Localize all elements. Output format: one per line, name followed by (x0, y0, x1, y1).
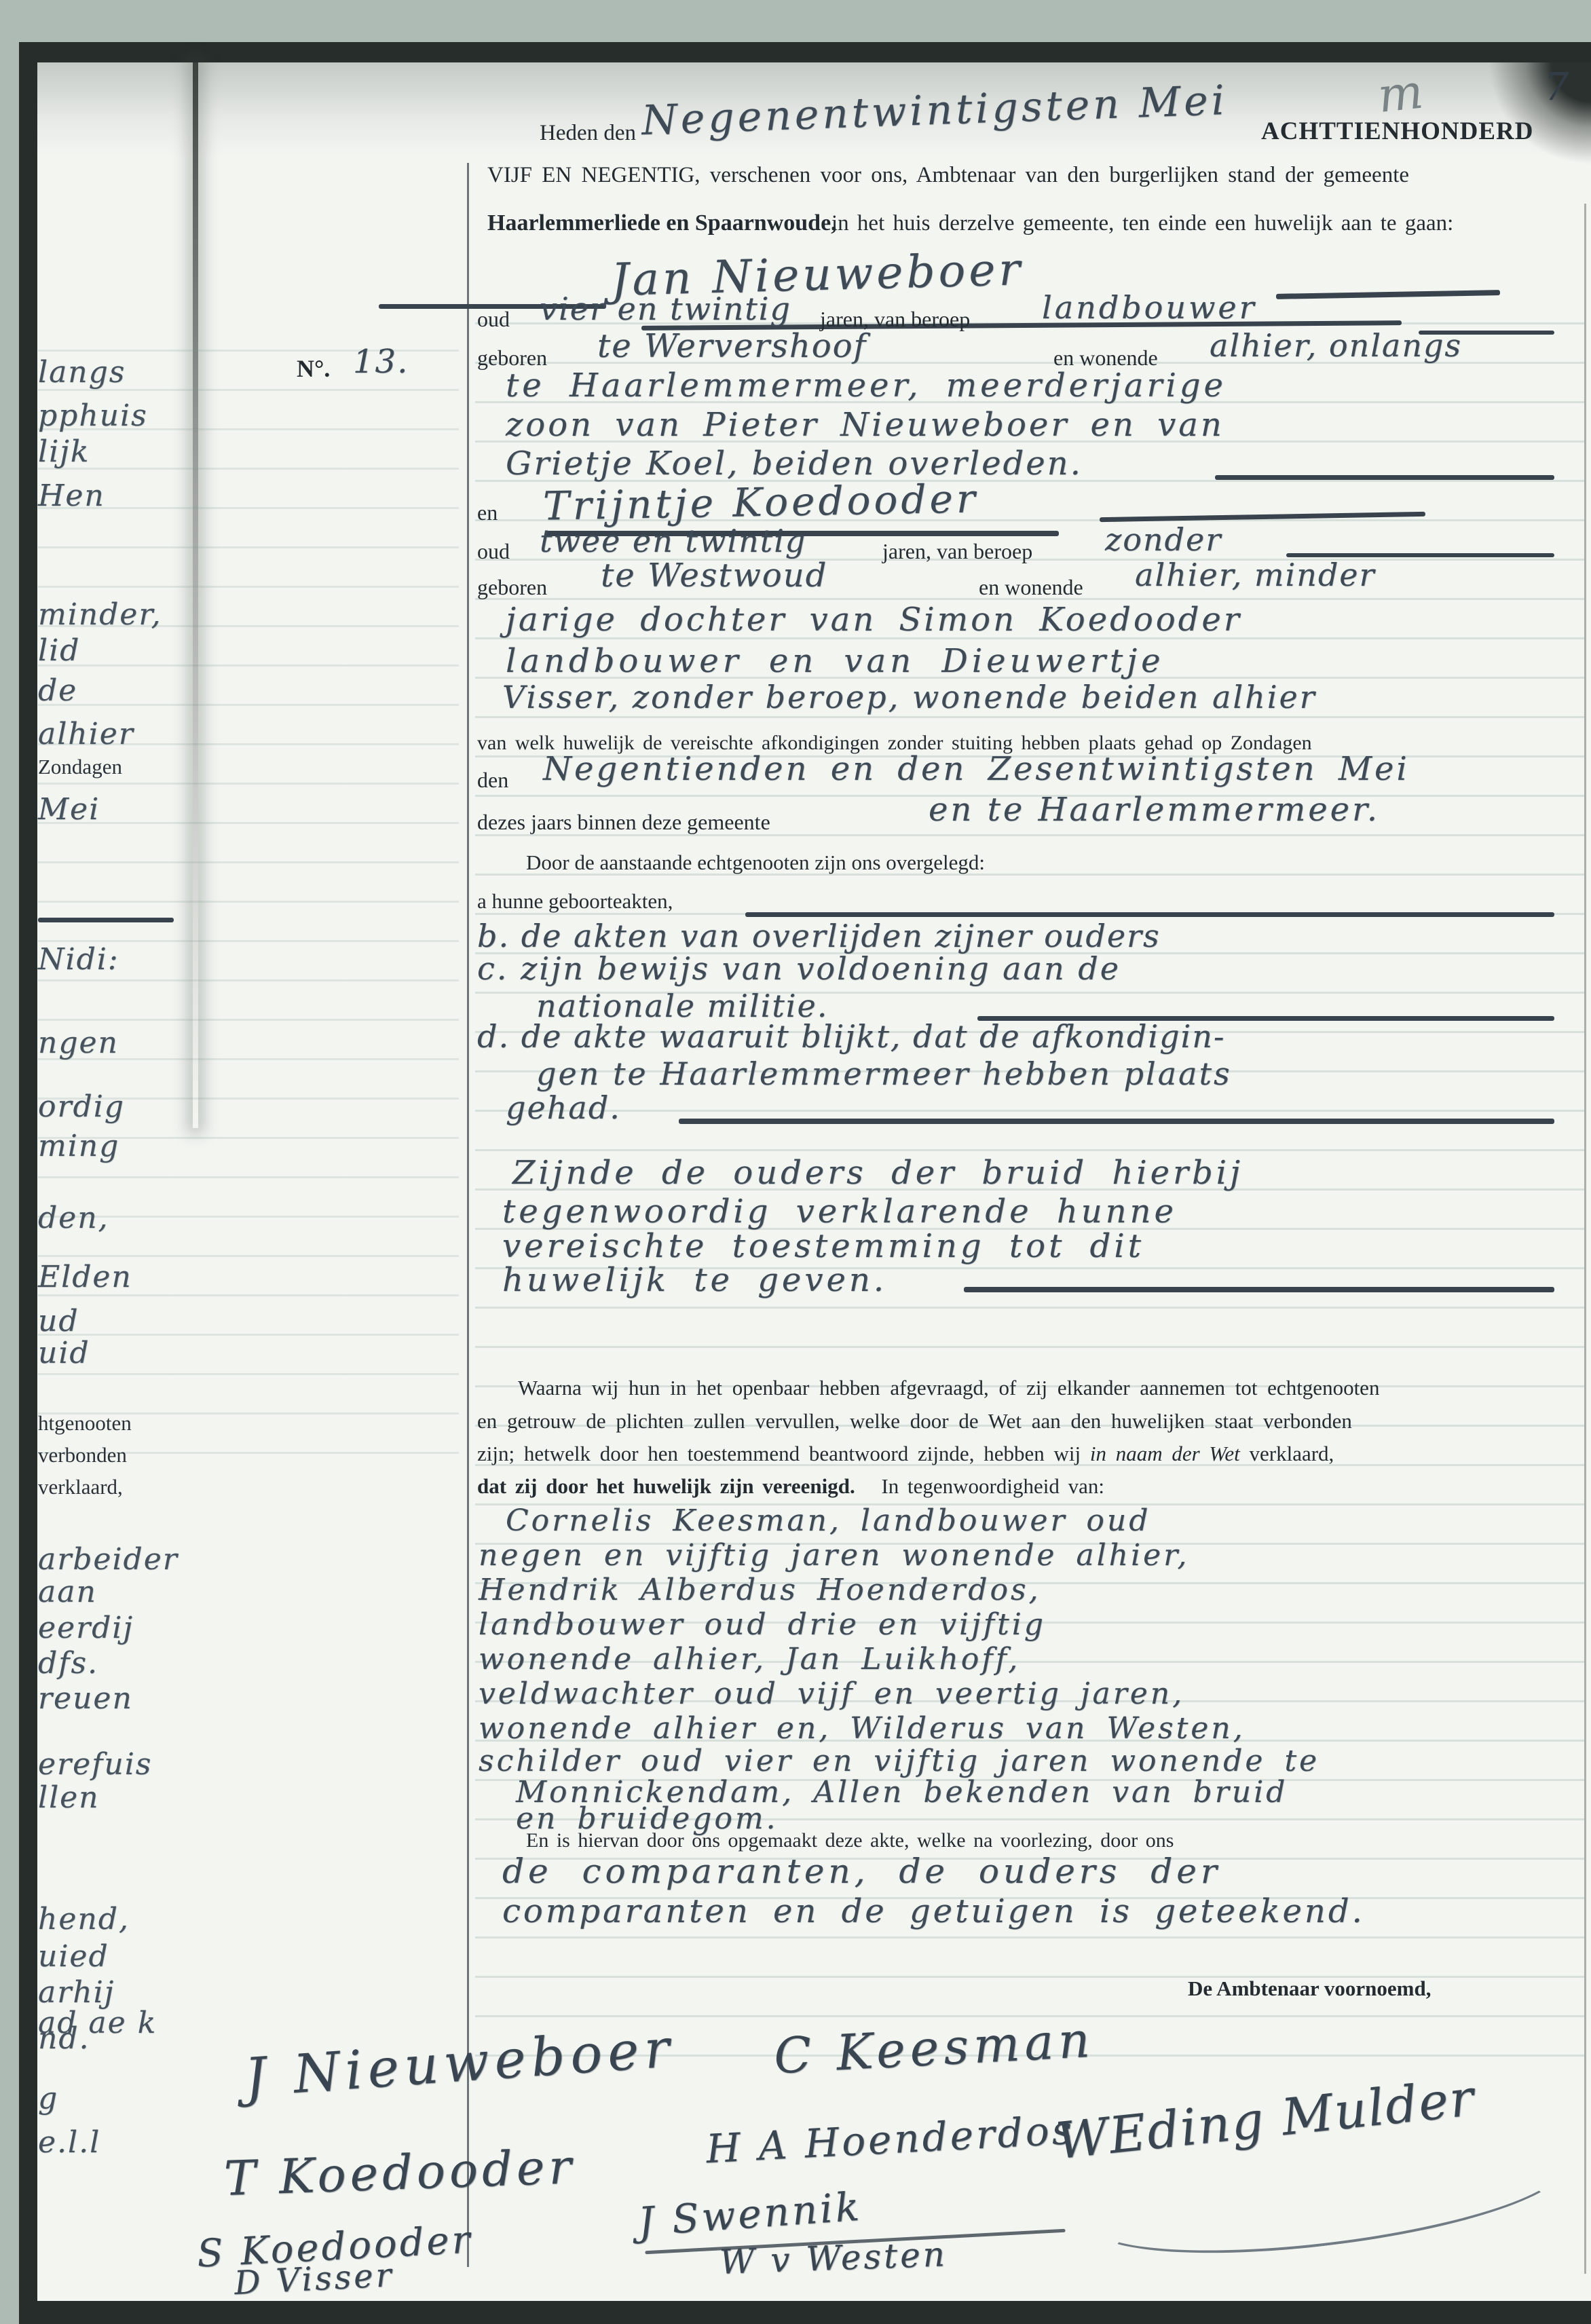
declaration-line3: zijn; hetwelk door hen toestemmend beant… (477, 1442, 1334, 1466)
documents-item-a: a hunne geboorteakten, (477, 889, 673, 914)
header-heden: Heden den (540, 121, 636, 146)
documents-item-d3: gehad. (506, 1089, 621, 1126)
consent-line: Zijnde de ouders der bruid hierbij (512, 1154, 1243, 1192)
margin-fragment: Zondagen (38, 755, 208, 779)
margin-fragment: arbeider (38, 1542, 208, 1577)
margin-fragment: llen (38, 1780, 208, 1815)
label-geboren: geboren (477, 575, 547, 600)
ink-line (679, 1119, 1554, 1124)
margin-fragment: uid (38, 1336, 208, 1370)
declaration-line3-italic: in naam der Wet (1090, 1442, 1240, 1465)
witness-line: wonende alhier en, Wilderus van Westen, (479, 1711, 1246, 1746)
groom-line3: te Haarlemmermeer, meerderjarige (506, 367, 1227, 405)
banns-line3-hand: en te Haarlemmermeer. (929, 791, 1380, 829)
groom-residence: alhier, onlangs (1210, 327, 1462, 364)
margin-fragment: Mei (38, 792, 208, 827)
margin-fragment: Elden (38, 1260, 208, 1294)
declaration-line3a: zijn; hetwelk door hen toestemmend beant… (477, 1442, 1090, 1465)
declaration-line4: dat zij door het huwelijk zijn vereenigd… (477, 1474, 1104, 1499)
bride-line4: landbouwer en van Dieuwertje (506, 642, 1165, 680)
margin-fragment: e.l.l (38, 2125, 208, 2160)
margin-fragment: hend, (38, 1902, 208, 1936)
documents-item-c1: c. zijn bewijs van voldoening aan de (477, 950, 1121, 987)
header-achttienhonderd: ACHTTIENHONDERD (1261, 117, 1534, 146)
margin-fragment: reuen (38, 1681, 208, 1716)
act-number-value: 13. (353, 343, 409, 381)
margin-fragment: ngen (38, 1026, 208, 1060)
closing-hand1: de comparanten, de ouders der (502, 1852, 1221, 1891)
witness-line: Hendrik Alberdus Hoenderdos, (479, 1573, 1041, 1607)
label-oud: oud (477, 539, 510, 564)
declaration-line3c: verklaard, (1240, 1442, 1334, 1465)
groom-birthplace: te Wervershoof (597, 327, 867, 365)
groom-line5: Grietje Koel, beiden overleden. (506, 445, 1083, 483)
margin-fragment: de (38, 673, 208, 708)
groom-occupation: landbouwer (1042, 289, 1257, 326)
margin-fragment: Hen (38, 479, 208, 513)
documents-item-d1: d. de akte waaruit blijkt, dat de afkond… (477, 1018, 1225, 1055)
label-oud: oud (477, 307, 510, 332)
ink-line (38, 918, 174, 922)
margin-fragment: minder, (38, 597, 208, 632)
label-en-wonende: en wonende (979, 575, 1083, 600)
ink-line (964, 1287, 1554, 1292)
margin-fragment: eerdij (38, 1611, 208, 1645)
margin-fragment: erefuis (38, 1747, 208, 1782)
column-rule (467, 163, 469, 2267)
bride-name: Trijntje Koedooder (542, 475, 979, 529)
frame-top (19, 42, 1591, 62)
frame-bottom (19, 2301, 1591, 2324)
witness-line: wonende alhier, Jan Luikhoff, (479, 1642, 1020, 1676)
declaration-line4b: In tegenwoordigheid van: (881, 1474, 1104, 1498)
ink-line (745, 912, 1554, 917)
bride-line5: Visser, zonder beroep, wonende beiden al… (502, 679, 1317, 715)
margin-fragment: ming (38, 1129, 208, 1163)
margin-fragment: ordig (38, 1089, 208, 1124)
margin-fragment: verklaard, (38, 1475, 208, 1499)
page-number: 7 (1544, 65, 1570, 109)
label-jaren-beroep: jaren, van beroep (882, 539, 1032, 564)
margin-fragment: lid (38, 633, 208, 668)
bride-age: twee en twintig (540, 523, 806, 559)
page-edge-right (1584, 204, 1586, 2274)
consent-line: vereischte toestemming tot dit (502, 1227, 1144, 1265)
margin-fragment: arhij (38, 1975, 208, 2010)
bride-birthplace: te Westwoud (601, 557, 827, 595)
declaration-line2: en getrouw de plichten zullen vervullen,… (477, 1409, 1352, 1433)
margin-fragment: htgenooten (38, 1411, 208, 1436)
declaration-line1: Waarna wij hun in het openbaar hebben af… (518, 1376, 1379, 1400)
witness-line: schilder oud vier en vijftig jaren wonen… (479, 1744, 1319, 1778)
label-den: den (477, 768, 508, 793)
margin-fragment: langs (38, 355, 208, 390)
label-en: en (477, 500, 498, 525)
bride-residence: alhier, minder (1135, 557, 1376, 593)
act-number-label: N°. (297, 354, 330, 383)
consent-line: tegenwoordig verklarende hunne (502, 1193, 1177, 1231)
ink-line (1215, 475, 1554, 480)
margin-fragment: g (38, 2081, 208, 2116)
consent-line: huwelijk te geven. (502, 1261, 887, 1299)
header-line3: in het huis derzelve gemeente, ten einde… (831, 211, 1453, 236)
margin-fragment: alhier (38, 717, 208, 751)
pencil-mark: m (1375, 62, 1436, 124)
margin-fragment: dfs. (38, 1646, 208, 1681)
witness-line: Cornelis Keesman, landbouwer oud (506, 1503, 1150, 1538)
closing-hand2: comparanten en de getuigen is geteekend. (502, 1892, 1365, 1930)
official-label: De Ambtenaar voornoemd, (1188, 1976, 1431, 2001)
witness-line: landbouwer oud drie en vijftig (479, 1607, 1046, 1642)
bride-line3: jarige dochter van Simon Koedooder (506, 601, 1242, 639)
bride-occupation: zonder (1105, 521, 1222, 558)
margin-fragment: ud (38, 1304, 208, 1338)
banns-line3: dezes jaars binnen deze gemeente (477, 810, 770, 835)
margin-fragment: aan (38, 1575, 208, 1609)
documents-intro: Door de aanstaande echtgenooten zijn ons… (526, 850, 985, 875)
groom-line4: zoon van Pieter Nieuweboer en van (506, 406, 1224, 444)
declaration-line4-bold: dat zij door het huwelijk zijn vereenigd… (477, 1474, 855, 1498)
signature-witness4: W v Westen (719, 2234, 948, 2282)
groom-age: vier en twintig (540, 290, 791, 327)
witness-line: en bruidegom. (516, 1801, 779, 1836)
header-line2: VIJF EN NEGENTIG, verschenen voor ons, A… (487, 163, 1409, 188)
header-gemeente: Haarlemmerliede en Spaarnwoude, (487, 210, 837, 236)
margin-fragment: nd. (38, 2021, 208, 2056)
margin-fragment: verbonden (38, 1443, 208, 1467)
documents-item-d2: gen te Haarlemmermeer hebben plaats (536, 1055, 1232, 1092)
margin-fragment: pphuis (38, 398, 208, 433)
witness-line: veldwachter oud vijf en veertig jaren, (479, 1676, 1184, 1711)
banns-dates: Negentienden en den Zesentwintigsten Mei (543, 750, 1410, 788)
documents-item-b: b. de akten van overlijden zijner ouders (477, 918, 1161, 954)
witness-line: negen en vijftig jaren wonende alhier, (479, 1538, 1189, 1573)
margin-fragment: lijk (38, 434, 208, 469)
margin-fragment: uied (38, 1939, 208, 1974)
frame-left (19, 42, 37, 2324)
scanned-marriage-certificate: m 7 N°. 13. Heden den Negenentwintigsten… (0, 0, 1591, 2324)
margin-fragment: Nidi: (38, 942, 208, 977)
margin-fragment: den, (38, 1201, 208, 1235)
